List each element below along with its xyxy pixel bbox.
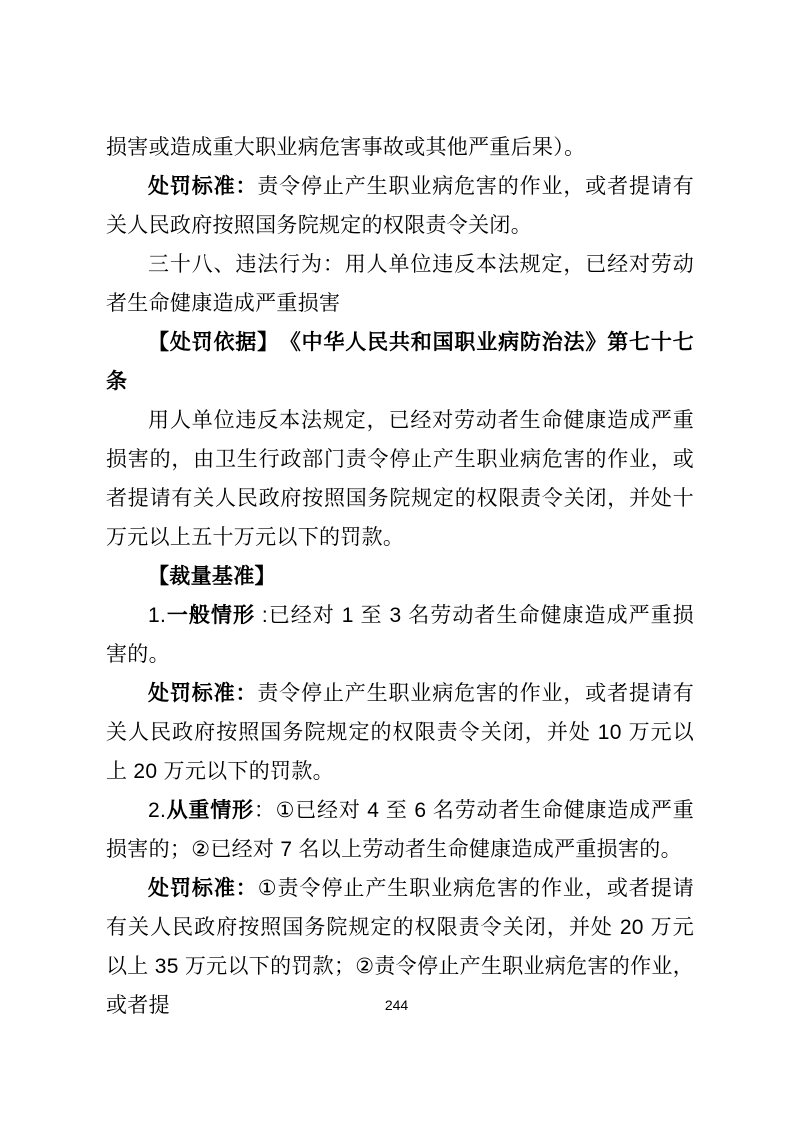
paragraph-punishment-standard: 处罚标准：责令停止产生职业病危害的作业，或者提请有关人民政府按照国务院规定的权限… xyxy=(106,674,694,791)
paragraph-law-article-text: 用人单位违反本法规定，已经对劳动者生命健康造成严重损害的，由卫生行政部门责令停止… xyxy=(106,401,694,557)
run-label-bold: 处罚标准： xyxy=(148,682,257,705)
paragraph-general-situation: 1.一般情形 :已经对 1 至 3 名劳动者生命健康造成严重损害的。 xyxy=(106,596,694,674)
paragraph-aggravated-situation: 2.从重情形：①已经对 4 至 6 名劳动者生命健康造成严重损害的；②已经对 7… xyxy=(106,791,694,869)
paragraph-discretion-benchmark-heading: 【裁量基准】 xyxy=(106,557,694,596)
paragraph-continuation: 损害或造成重大职业病危害事故或其他严重后果）。 xyxy=(106,128,694,167)
run-label-bold: 从重情形 xyxy=(166,799,254,822)
run-number: 2. xyxy=(148,799,166,822)
run-label-bold: 【处罚依据】 《中华人民共和国职业病防治法》第七十七条 xyxy=(106,331,694,393)
page-number: 244 xyxy=(0,995,793,1015)
paragraph-text: 损害或造成重大职业病危害事故或其他严重后果）。 xyxy=(106,136,585,159)
paragraph-punishment-basis-heading: 【处罚依据】 《中华人民共和国职业病防治法》第七十七条 xyxy=(106,323,694,401)
document-body: 损害或造成重大职业病危害事故或其他严重后果）。 处罚标准：责令停止产生职业病危害… xyxy=(106,128,694,1025)
run-label-bold: 处罚标准： xyxy=(148,175,257,198)
run-label-bold: 一般情形 xyxy=(166,604,255,627)
paragraph-violation-38: 三十八、违法行为：用人单位违反本法规定，已经对劳动者生命健康造成严重损害 xyxy=(106,245,694,323)
run-number: 1. xyxy=(148,604,166,627)
run-label-bold: 处罚标准： xyxy=(148,877,258,900)
run-label-bold: 【裁量基准】 xyxy=(148,565,276,588)
paragraph-text: 用人单位违反本法规定，已经对劳动者生命健康造成严重损害的，由卫生行政部门责令停止… xyxy=(106,409,694,549)
paragraph-punishment-standard: 处罚标准：责令停止产生职业病危害的作业，或者提请有关人民政府按照国务院规定的权限… xyxy=(106,167,694,245)
document-page: 损害或造成重大职业病危害事故或其他严重后果）。 处罚标准：责令停止产生职业病危害… xyxy=(0,0,793,1122)
paragraph-text: 三十八、违法行为：用人单位违反本法规定，已经对劳动者生命健康造成严重损害 xyxy=(106,253,694,315)
